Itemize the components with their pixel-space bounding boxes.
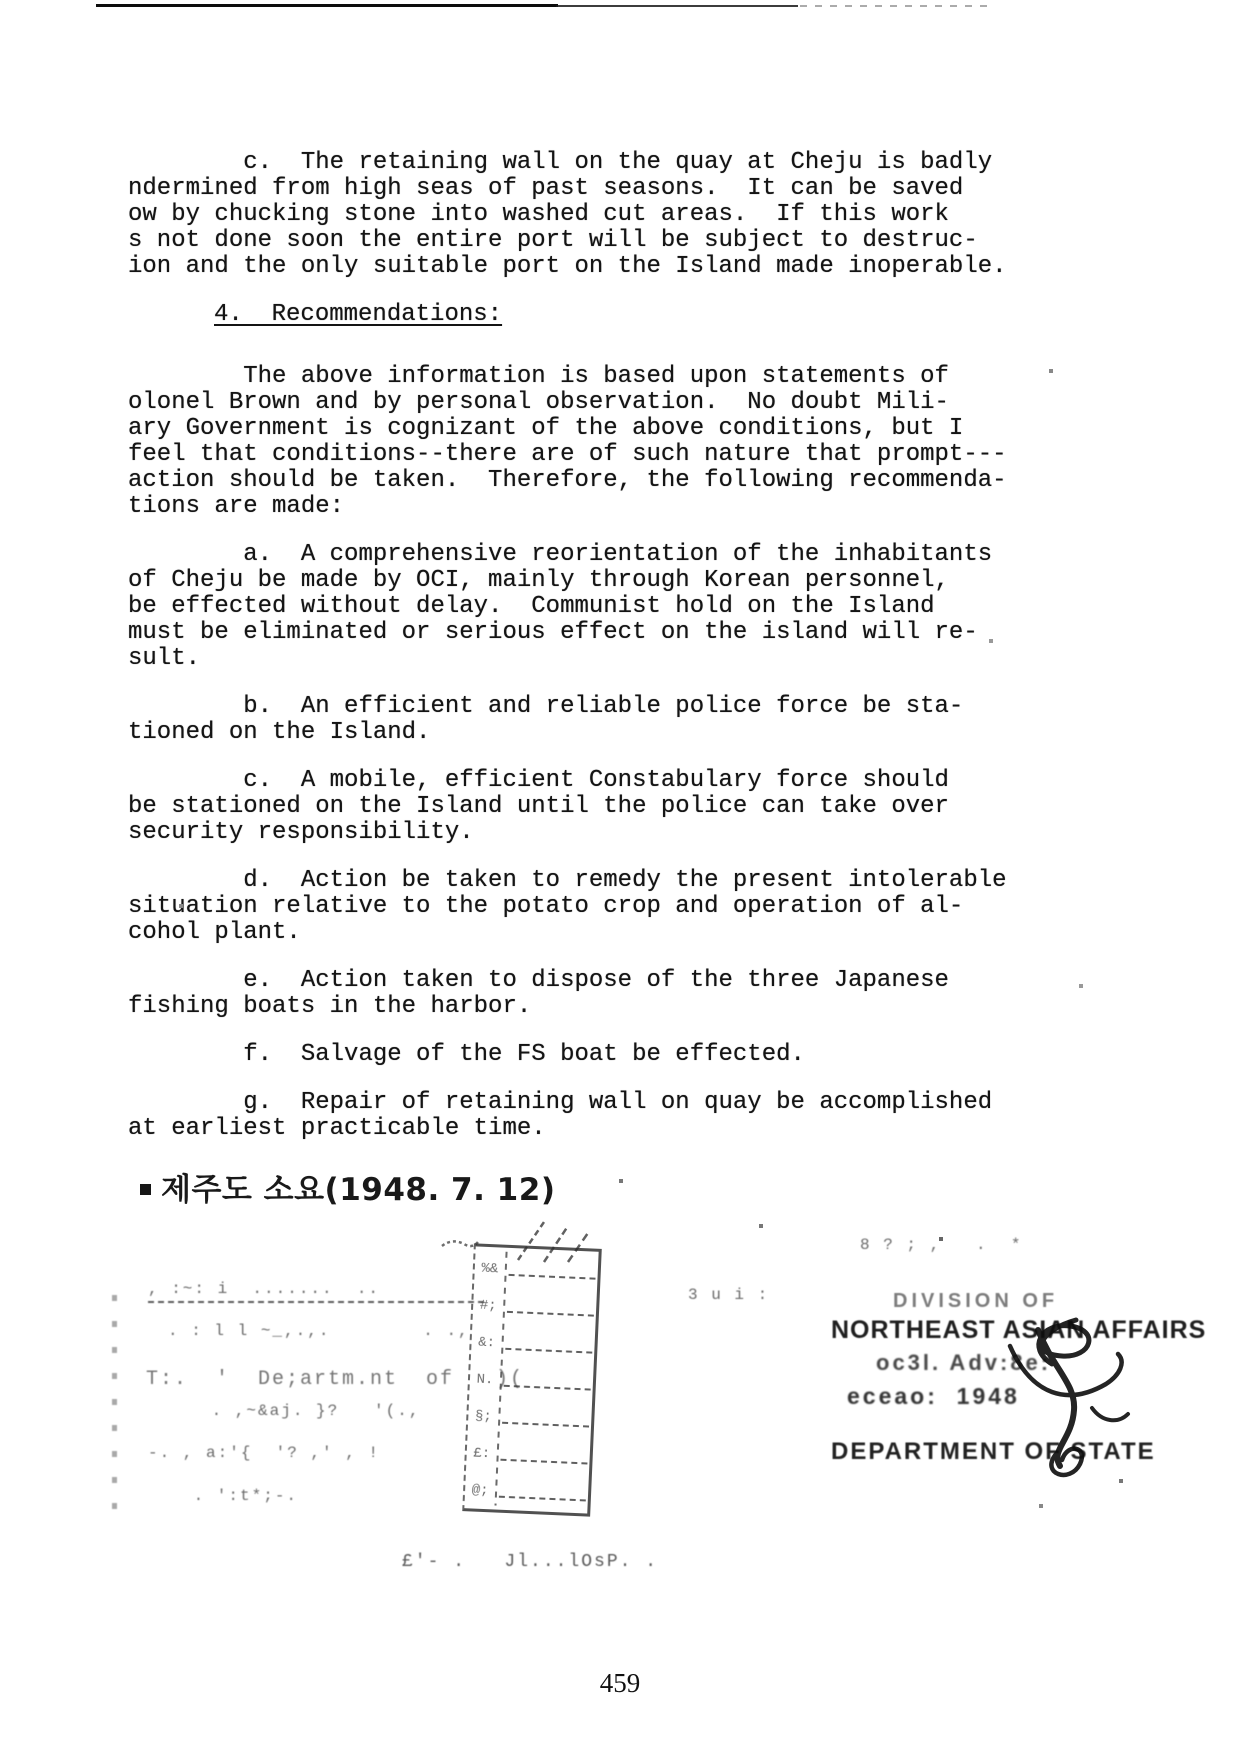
- recommendation-item-g: g. Repair of retaining wall on quay be a…: [128, 1090, 1098, 1142]
- chop-stamp-row: #;: [473, 1283, 597, 1325]
- recommendation-item-f: f. Salvage of the FS boat be effected.: [128, 1042, 1098, 1068]
- chop-stamp-row: N.: [469, 1357, 593, 1399]
- top-scan-rule: [96, 4, 558, 7]
- recommendation-item-a: a. A comprehensive reorientation of the …: [128, 542, 1098, 672]
- korean-caption: 제주도 소요(1948. 7. 12): [140, 1164, 556, 1209]
- recommendations-heading-text: 4. Recommendations:: [214, 301, 502, 328]
- chop-stamp-row: %&: [474, 1246, 598, 1288]
- signature-scrawl: [980, 1312, 1180, 1492]
- faded-fragment-1: , :~: i ....... ..: [148, 1280, 484, 1303]
- faded-fragment-mid: 3 u i :: [688, 1286, 769, 1304]
- faded-footer-fragment: £'- . Jl...lOsP. .: [402, 1552, 658, 1572]
- faded-fragment-2: . : l l ~_,.,. . .,: [168, 1322, 470, 1340]
- paragraph-intro: The above information is based upon stat…: [128, 364, 1098, 520]
- chop-stamp-grid: %& #; &: N. §; £: @;: [462, 1243, 602, 1516]
- faded-fragment-upper-right: 8 ? ; , . *: [860, 1236, 1022, 1254]
- stamp-division-of-line: DIVISION OF: [893, 1290, 1058, 1313]
- top-scan-rule-dashes: [800, 5, 990, 7]
- chop-glyph: £:: [466, 1438, 497, 1469]
- recommendation-item-b: b. An efficient and reliable police forc…: [128, 694, 1098, 746]
- recommendation-item-c: c. A mobile, efficient Constabulary forc…: [128, 768, 1098, 846]
- scan-noise-specks: [0, 0, 2, 2]
- chop-glyph: &:: [471, 1327, 502, 1358]
- page-number: 459: [0, 1668, 1240, 1699]
- faded-fragment-5: . ':t*;-.: [182, 1487, 298, 1505]
- chop-glyph: §;: [468, 1401, 499, 1432]
- recommendation-item-e: e. Action taken to dispose of the three …: [128, 968, 1098, 1020]
- chop-stamp-row: @;: [464, 1468, 588, 1510]
- chop-stamp-row: £:: [466, 1431, 590, 1473]
- chop-stamp-row: &:: [471, 1320, 595, 1362]
- chop-glyph: @;: [464, 1475, 495, 1506]
- faded-fragment-3: . ,~&aj. }? '(.,: [200, 1402, 420, 1420]
- chop-glyph: #;: [473, 1290, 504, 1321]
- faded-fragment-4: -. , a:'{ '? ,' , !: [148, 1444, 380, 1462]
- square-bullet-icon: [140, 1184, 151, 1195]
- top-scan-rule-thin: [556, 5, 798, 7]
- korean-caption-text: 제주도 소요(1948. 7. 12): [161, 1164, 556, 1209]
- chop-glyph: %&: [474, 1253, 505, 1284]
- recommendations-heading: 4. Recommendations:: [128, 302, 1098, 328]
- margin-specks-column: [112, 1295, 117, 1510]
- chop-stamp-row: §;: [468, 1394, 592, 1436]
- scanned-document-page: c. The retaining wall on the quay at Che…: [0, 0, 1240, 1755]
- paragraph-c-retaining-wall: c. The retaining wall on the quay at Che…: [128, 150, 1098, 280]
- recommendation-item-d: d. Action be taken to remedy the present…: [128, 868, 1098, 946]
- chop-glyph: N.: [469, 1364, 500, 1395]
- typewritten-body: c. The retaining wall on the quay at Che…: [128, 150, 1098, 1164]
